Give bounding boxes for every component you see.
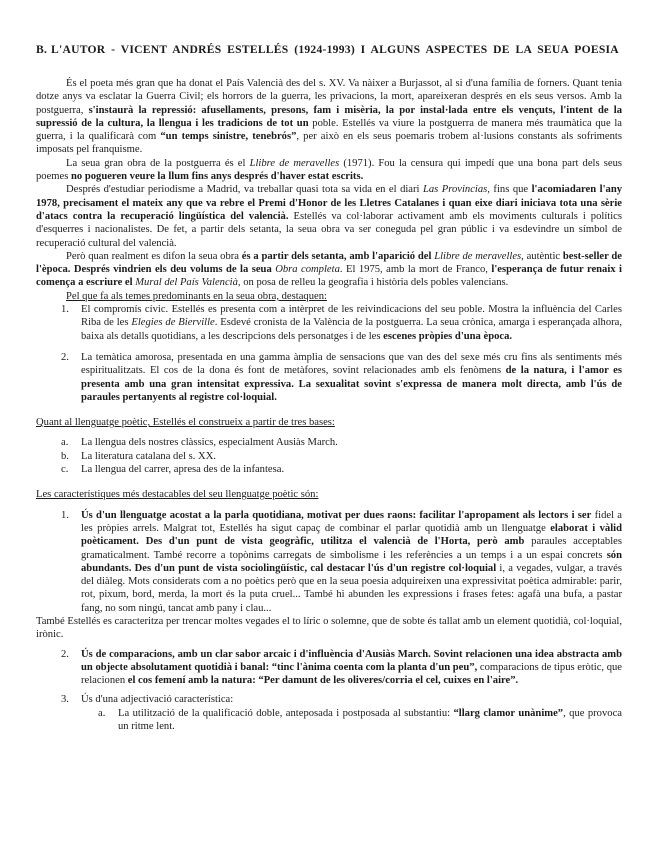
themes-list-item-1: 1. El compromís cívic. Estellés es prese… [36, 303, 622, 343]
section-heading-characteristics: Les característiques més destacables del… [36, 488, 622, 501]
characteristics-list-item-2: 2. Ús de comparacions, amb un clar sabor… [36, 648, 622, 688]
list-item-text: Ús de comparacions, amb un clar sabor ar… [81, 648, 622, 688]
list-marker: 3. [61, 693, 81, 706]
characteristics-item-1-continuation: També Estellés es caracteritza per trenc… [36, 615, 622, 642]
list-item-text: Ús d'un llenguatge acostat a la parla qu… [81, 509, 622, 615]
characteristics-list-item-3: 3. Ús d'una adjectivació característica: [36, 693, 622, 706]
list-marker: 1. [61, 509, 81, 615]
list-marker: 2. [61, 648, 81, 688]
list-item-text: La utilització de la qualificació doble,… [118, 707, 622, 734]
document-title: B. L'AUTOR - VICENT ANDRÉS ESTELLÉS (192… [36, 42, 622, 57]
title-text: L'AUTOR - VICENT ANDRÉS ESTELLÉS (1924-1… [51, 42, 622, 57]
themes-list-item-2: 2. La temàtica amorosa, presentada en un… [36, 351, 622, 404]
list-marker: 2. [61, 351, 81, 404]
section-heading-themes: Pel que fa als temes predominants en la … [66, 290, 622, 303]
section-heading-language-bases: Quant al llenguatge poètic, Estellés el … [36, 416, 622, 429]
list-marker: b. [61, 450, 81, 463]
list-marker: c. [61, 463, 81, 476]
list-marker: a. [61, 436, 81, 449]
bases-list-item-a: a. La llengua dels nostres clàssics, esp… [36, 436, 622, 449]
characteristics-item-3-sub-a: a. La utilització de la qualificació dob… [36, 707, 622, 734]
list-marker: a. [98, 707, 118, 734]
bases-list-item-c: c. La llengua del carrer, apresa des de … [36, 463, 622, 476]
list-item-text: El compromís cívic. Estellés es presenta… [81, 303, 622, 343]
list-item-text: Ús d'una adjectivació característica: [81, 693, 622, 706]
paragraph-intro: És el poeta més gran que ha donat el Paí… [36, 77, 622, 157]
list-item-text: La llengua dels nostres clàssics, especi… [81, 436, 622, 449]
title-enumeration-label: B. [36, 42, 51, 57]
list-item-text: La literatura catalana del s. XX. [81, 450, 622, 463]
paragraph-diffusion: Però quan realment es difon la seua obra… [36, 250, 622, 290]
list-item-text: La temàtica amorosa, presentada en una g… [81, 351, 622, 404]
list-item-text: La llengua del carrer, apresa des de la … [81, 463, 622, 476]
bases-list-item-b: b. La literatura catalana del s. XX. [36, 450, 622, 463]
document-page: B. L'AUTOR - VICENT ANDRÉS ESTELLÉS (192… [0, 0, 655, 848]
paragraph-journalism: Després d'estudiar periodisme a Madrid, … [36, 183, 622, 249]
paragraph-postwar-work: La seua gran obra de la postguerra és el… [36, 157, 622, 184]
characteristics-list-item-1: 1. Ús d'un llenguatge acostat a la parla… [36, 509, 622, 615]
list-marker: 1. [61, 303, 81, 343]
